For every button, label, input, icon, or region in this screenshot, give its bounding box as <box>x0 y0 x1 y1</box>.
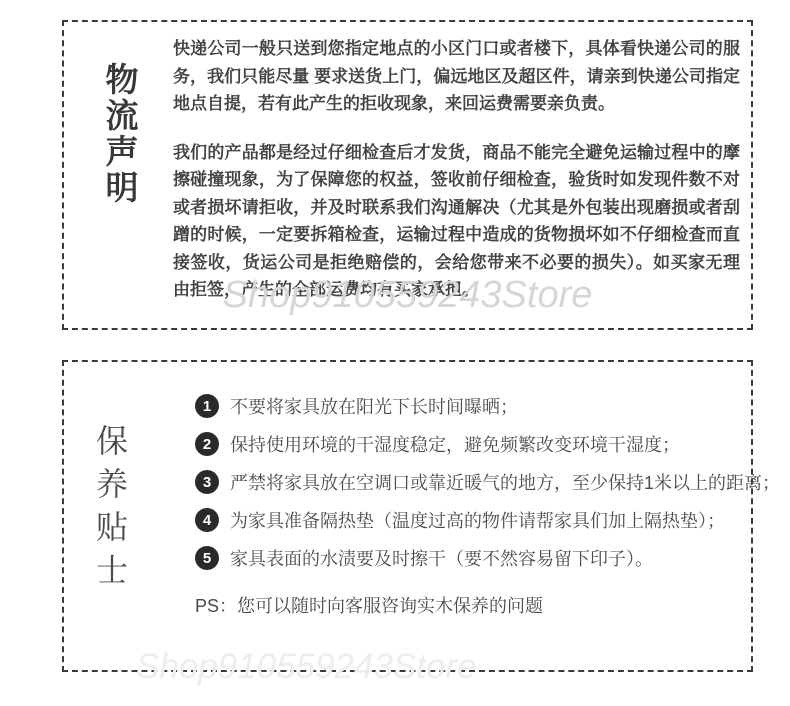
care-tips-title: 保养贴士 <box>92 420 132 592</box>
circled-number-badge: 4 <box>195 508 219 532</box>
care-tip-item: 5 家具表面的水渍要及时擦干（要不然容易留下印子）。 <box>195 546 740 570</box>
care-tip-text: 严禁将家具放在空调口或靠近暖气的地方，至少保持1米以上的距离； <box>230 469 780 495</box>
care-tip-text: 不要将家具放在阳光下长时间曝晒； <box>230 393 518 419</box>
care-tip-text: 家具表面的水渍要及时擦干（要不然容易留下印子）。 <box>230 545 653 571</box>
care-tips-section: 保养贴士 1 不要将家具放在阳光下长时间曝晒； 2 保持使用环境的干湿度稳定，避… <box>62 360 753 672</box>
care-tip-text: 为家具准备隔热垫（温度过高的物件请帮家具们加上隔热垫）； <box>230 507 725 533</box>
care-tip-text: 保持使用环境的干湿度稳定，避免频繁改变环境干湿度； <box>230 431 680 457</box>
care-tip-item: 4 为家具准备隔热垫（温度过高的物件请帮家具们加上隔热垫）； <box>195 508 740 532</box>
circled-number-badge: 3 <box>195 470 219 494</box>
logistics-title: 物流声明 <box>102 62 142 206</box>
circled-number-badge: 1 <box>195 394 219 418</box>
logistics-text-block: 快递公司一般只送到您指定地点的小区门口或者楼下，具体看快递公司的服务，我们只能尽… <box>173 35 740 304</box>
care-tip-item: 1 不要将家具放在阳光下长时间曝晒； <box>195 394 740 418</box>
care-tip-item: 2 保持使用环境的干湿度稳定，避免频繁改变环境干湿度； <box>195 432 740 456</box>
care-tip-item: 3 严禁将家具放在空调口或靠近暖气的地方，至少保持1米以上的距离； <box>195 470 740 494</box>
logistics-paragraph-inspection: 我们的产品都是经过仔细检查后才发货，商品不能完全避免运输过程中的摩擦碰撞现象，为… <box>173 139 740 304</box>
circled-number-badge: 5 <box>195 546 219 570</box>
logistics-paragraph-delivery: 快递公司一般只送到您指定地点的小区门口或者楼下，具体看快递公司的服务，我们只能尽… <box>173 35 740 118</box>
circled-number-badge: 2 <box>195 432 219 456</box>
product-notice-page: 物流声明 快递公司一般只送到您指定地点的小区门口或者楼下，具体看快递公司的服务，… <box>0 0 790 706</box>
logistics-statement-section: 物流声明 快递公司一般只送到您指定地点的小区门口或者楼下，具体看快递公司的服务，… <box>62 20 753 330</box>
ps-note: PS：您可以随时向客服咨询实木保养的问题 <box>195 592 740 618</box>
care-tips-list: 1 不要将家具放在阳光下长时间曝晒； 2 保持使用环境的干湿度稳定，避免频繁改变… <box>195 394 740 618</box>
